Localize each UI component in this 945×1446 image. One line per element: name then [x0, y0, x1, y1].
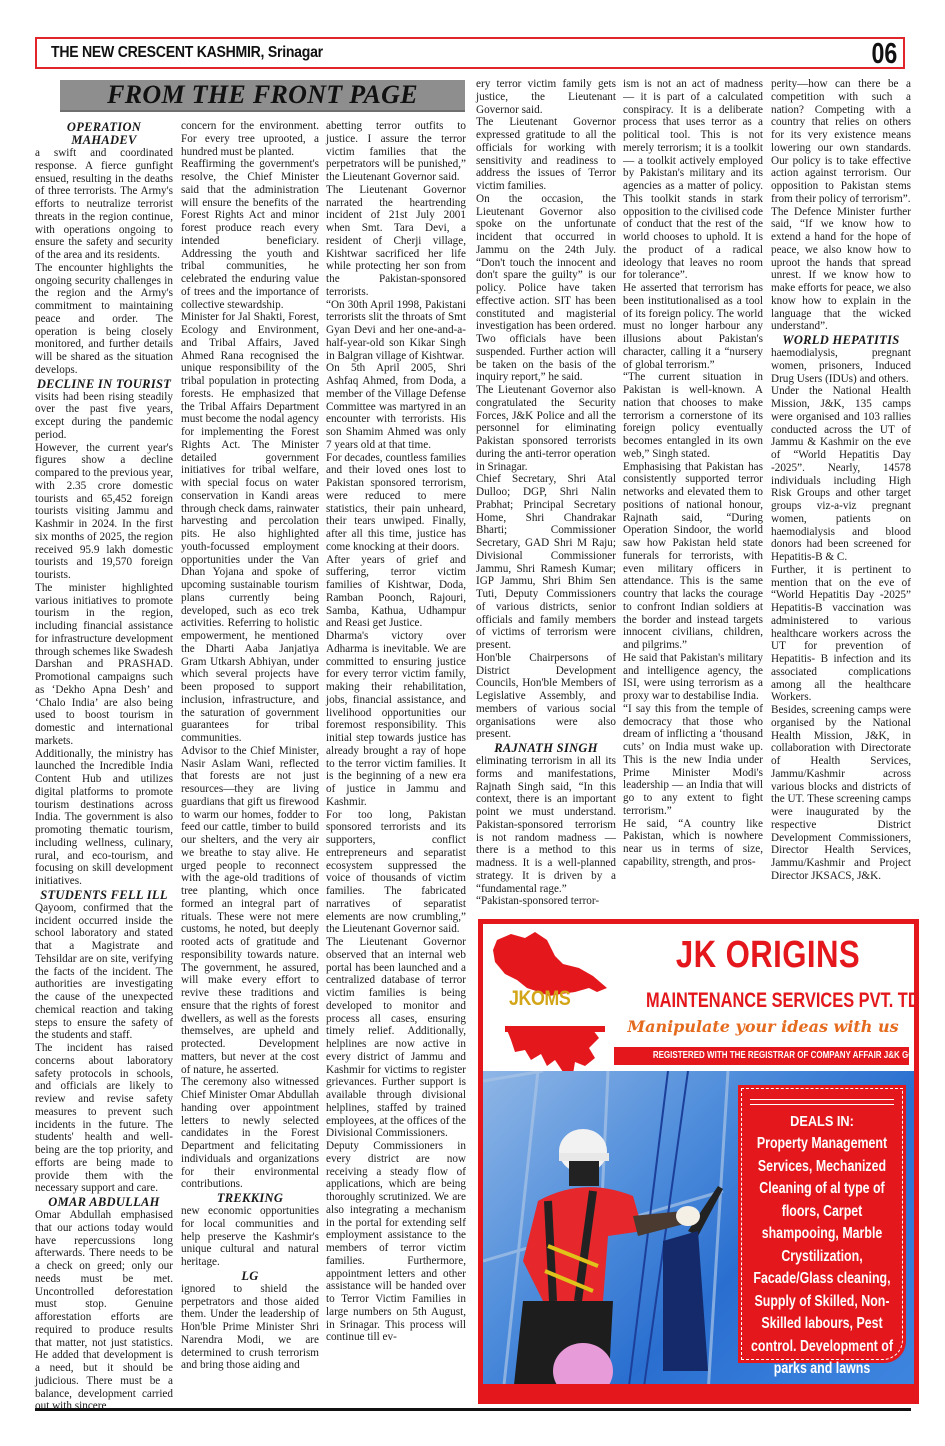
column-4: ery terror victim family gets justice, t… — [476, 78, 616, 908]
ad-tagline: Manipulate your ideas with us — [618, 1017, 908, 1036]
ad-bottom-bar — [483, 1384, 914, 1394]
headline-lg: LG — [181, 1270, 319, 1283]
paragraph: He said that Pakistan's military and int… — [623, 652, 763, 703]
ad-deals-box: DEALS IN: Property Management Services, … — [738, 1085, 906, 1363]
paragraph: Hon'ble Chairpersons of District Develop… — [476, 652, 616, 741]
headline-decline-in-tourist: DECLINE IN TOURIST — [35, 378, 173, 391]
ad-title: JK ORIGINS — [645, 934, 891, 977]
section-banner: FROM THE FRONT PAGE — [60, 80, 465, 112]
headline-operation-mahadev: OPERATION MAHADEV — [35, 121, 173, 147]
paragraph: visits had been rising steadily over the… — [35, 391, 173, 442]
page-bottom-rule — [35, 1408, 911, 1411]
paragraph: concern for the environment. For every t… — [181, 120, 319, 158]
headline-trekking: TREKKING — [181, 1192, 319, 1205]
paragraph: eliminating terrorism in all its forms a… — [476, 755, 616, 895]
paragraph: The encounter highlights the ongoing sec… — [35, 262, 173, 377]
column-2: concern for the environment. For every t… — [181, 120, 319, 1372]
paragraph: ery terror victim family gets justice, t… — [476, 78, 616, 116]
paragraph: “On 30th April 1998, Pakistani terrorist… — [326, 299, 466, 363]
paragraph: The Lieutenant Governor expressed gratit… — [476, 116, 616, 193]
paragraph: abetting terror outfits to justice. I as… — [326, 120, 466, 184]
paragraph: After years of grief and suffering, terr… — [326, 554, 466, 631]
paragraph: The ceremony also witnessed Chief Minist… — [181, 1076, 319, 1191]
paragraph: On 5th April 2005, Shri Ashfaq Ahmed, fr… — [326, 362, 466, 451]
paragraph: He asserted that terrorism has been inst… — [623, 282, 763, 371]
paragraph: The Lieutenant Governor observed that an… — [326, 936, 466, 1140]
paragraph: For decades, countless families and thei… — [326, 452, 466, 554]
paragraph: Under the National Health Mission, J&K, … — [771, 385, 911, 564]
headline-omar-abdullah: OMAR ABDULLAH — [35, 1196, 173, 1209]
paragraph: “I say this from the temple of democracy… — [623, 703, 763, 818]
ad-subtitle: MAINTENANCE SERVICES PVT. TD — [646, 989, 880, 1013]
masthead: THE NEW CRESCENT KASHMIR, Srinagar 06 — [35, 37, 905, 69]
paragraph: Emphasising that Pakistan has consistent… — [623, 461, 763, 652]
paragraph: On the occasion, the Lieutenant Governor… — [476, 193, 616, 384]
ad-logo-text: JKOMS — [509, 987, 570, 1011]
paragraph: Additionally, the ministry has launched … — [35, 748, 173, 888]
paragraph: Deputy Commissioners in every district a… — [326, 1140, 466, 1344]
paragraph: a swift and coordinated response. A fier… — [35, 147, 173, 262]
headline-rajnath-singh: RAJNATH SINGH — [476, 742, 616, 755]
paragraph: The Lieutenant Governor narrated the hea… — [326, 184, 466, 299]
paragraph: Advisor to the Chief Minister, Nasir Asl… — [181, 745, 319, 1077]
ad-registration-strip: REGISTERED WITH THE REGISTRAR OF COMPANY… — [614, 1047, 909, 1065]
paragraph: Omar Abdullah emphasised that our action… — [35, 1209, 173, 1413]
paragraph: Further, it is pertinent to mention that… — [771, 564, 911, 704]
column-1: OPERATION MAHADEV a swift and coordinate… — [35, 120, 173, 1413]
paragraph: Reaffirming the government's resolve, th… — [181, 158, 319, 311]
paragraph: Dharma's victory over Adharma is inevita… — [326, 630, 466, 809]
paragraph: Chief Secretary, Shri Atal Dulloo; DGP, … — [476, 473, 616, 652]
paragraph: The Lieutenant Governor also congratulat… — [476, 384, 616, 473]
paragraph: The incident has raised concerns about l… — [35, 1042, 173, 1195]
paragraph: ism is not an act of madness — it is par… — [623, 78, 763, 282]
headline-world-hepatitis: WORLD HEPATITIS — [771, 334, 911, 347]
paragraph: “The current situation in Pakistan is we… — [623, 371, 763, 460]
paragraph: For too long, Pakistan sponsored terrori… — [326, 809, 466, 937]
ad-panel: JKOMS JK ORIGINS MAINTENANCE SERVICES PV… — [483, 924, 914, 1394]
ad-registration-text: REGISTERED WITH THE REGISTRAR OF COMPANY… — [653, 1047, 909, 1065]
paragraph: new economic opportunities for local com… — [181, 1205, 319, 1269]
advertisement-jk-origins[interactable]: JKOMS JK ORIGINS MAINTENANCE SERVICES PV… — [478, 919, 919, 1404]
paragraph: perity—how can there be a competition wi… — [771, 78, 911, 206]
paragraph: Besides, screening camps were organised … — [771, 704, 911, 883]
column-6: perity—how can there be a competition wi… — [771, 78, 911, 883]
paragraph: Qayoom, confirmed that the incident occu… — [35, 902, 173, 1042]
paragraph: “Pakistan-sponsored terror- — [476, 895, 616, 908]
page-number: 06 — [871, 38, 897, 71]
newspaper-name: THE NEW CRESCENT KASHMIR, Srinagar — [51, 44, 323, 62]
deals-heading: DEALS IN: — [751, 1113, 894, 1130]
column-3: abetting terror outfits to justice. I as… — [326, 120, 466, 1344]
deals-list: Property Management Services, Mechanized… — [746, 1133, 898, 1381]
paragraph: Minister for Jal Shakti, Forest, Ecology… — [181, 311, 319, 745]
paragraph: haemodialysis, pregnant women, prisoners… — [771, 347, 911, 385]
paragraph: The Defence Minister further said, “If w… — [771, 206, 911, 334]
paragraph: ignored to shield the perpetrators and t… — [181, 1283, 319, 1372]
paragraph: The minister highlighted various initiat… — [35, 582, 173, 748]
column-5: ism is not an act of madness — it is par… — [623, 78, 763, 869]
double-rule — [750, 1099, 894, 1105]
paragraph: However, the current year's figures show… — [35, 442, 173, 582]
section-title: FROM THE FRONT PAGE — [60, 80, 465, 110]
paragraph: He said, “A country like Pakistan, which… — [623, 818, 763, 869]
headline-students-fell-ill: STUDENTS FELL ILL — [35, 889, 173, 902]
